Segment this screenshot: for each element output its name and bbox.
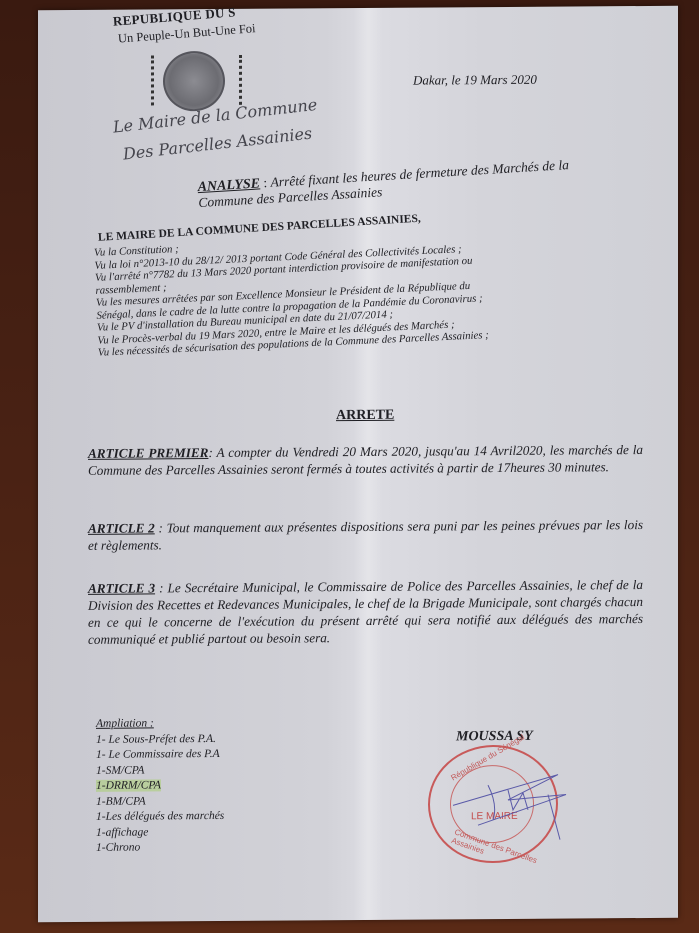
ampliation-item: 1-Les délégués des marchés <box>96 809 224 825</box>
article-text: : Le Secrétaire Municipal, le Commissair… <box>88 577 643 647</box>
ampliation-item: 1- Le Sous-Préfet des P.A. <box>96 731 224 747</box>
laurel-right-icon <box>227 55 242 105</box>
document-date: Dakar, le 19 Mars 2020 <box>413 72 537 89</box>
analyse-separator: : <box>260 175 271 191</box>
seal-icon <box>163 51 225 111</box>
official-stamp: République du Sénégal Commune des Parcel… <box>428 745 558 864</box>
arrete-title: ARRETE <box>336 408 394 424</box>
decree-paper: REPUBLIQUE DU S Un Peuple-Un But-Une Foi… <box>38 6 678 922</box>
ampliation-item: 1-SM/CPA <box>96 762 224 778</box>
ampliation-block: Ampliation : 1- Le Sous-Préfet des P.A. … <box>96 716 224 856</box>
article-label: ARTICLE 2 <box>88 520 155 535</box>
ampliation-heading: Ampliation : <box>96 716 224 732</box>
article-1: ARTICLE PREMIER: A compter du Vendredi 2… <box>88 441 643 479</box>
ampliation-item: 1-affichage <box>96 824 224 840</box>
article-text: : Tout manquement aux présentes disposit… <box>88 517 643 553</box>
article-2: ARTICLE 2 : Tout manquement aux présente… <box>88 516 643 554</box>
article-3: ARTICLE 3 : Le Secrétaire Municipal, le … <box>88 576 643 648</box>
article-label: ARTICLE 3 <box>88 580 155 595</box>
article-label: ARTICLE PREMIER <box>88 445 208 461</box>
preamble-list: Vu la Constitution ; Vu la loi n°2013-10… <box>94 221 658 359</box>
ampliation-item: 1- Le Commissaire des P.A <box>96 747 224 763</box>
analyse-block: ANALYSE : Arrêté fixant les heures de fe… <box>197 154 618 210</box>
ampliation-item: 1-DRRM/CPA <box>96 778 224 794</box>
handwritten-signature-icon <box>448 765 568 846</box>
highlighted-item: 1-DRRM/CPA <box>96 779 161 791</box>
ampliation-item: 1-Chrono <box>96 840 224 856</box>
ampliation-item: 1-BM/CPA <box>96 793 224 809</box>
